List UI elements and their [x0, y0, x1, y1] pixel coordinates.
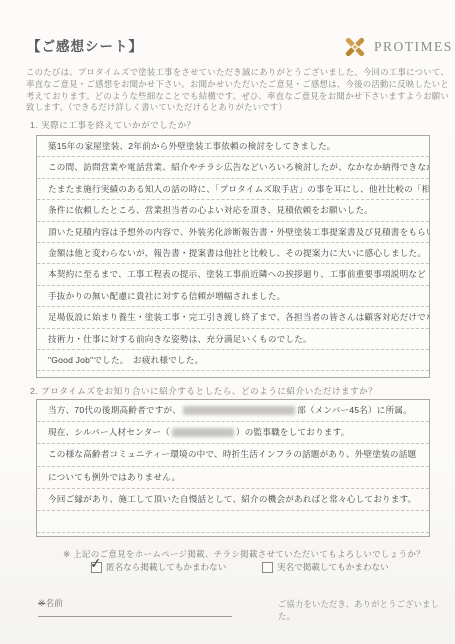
answer-line: 金額は他と変わらないが、報告書・提案書は他社と比較し、その提案力に大いに感心しま… — [37, 243, 429, 264]
answer-line: 手抜かりの無い配慮に貴社に対する信頼が増幅されました。 — [37, 286, 429, 307]
question-2-label: 2. プロタイムズをお知り合いに紹介するとしたら、どのように紹介いただけますか？ — [30, 385, 377, 397]
realname-checkbox[interactable] — [262, 562, 273, 573]
thanks-message: ご協力をいただき、ありがとうございました。 — [278, 598, 452, 622]
answer-line: 頂いた見積内容は予想外の内容で、外装劣化診断報告書・外壁塗装工事提案書及び見積書… — [37, 222, 429, 243]
check-mark-icon: ✓ — [89, 554, 102, 572]
name-field-group: ※名前 — [38, 593, 232, 617]
realname-label: 実名で掲載してもかまわない — [277, 561, 389, 573]
answer-line: 築15年の家屋塗装、2年前から外壁塗装工事依頼の検討をしてきました。 — [37, 136, 429, 157]
name-write-line[interactable] — [38, 615, 232, 617]
answer-text: 当方、70代の後期高齢者ですが、 — [48, 405, 181, 415]
answer-line: 当方、70代の後期高齢者ですが、部（メンバー45名）に所属。 — [37, 400, 429, 422]
question-2-answer-box: 当方、70代の後期高齢者ですが、部（メンバー45名）に所属。 現在、シルバー人材… — [36, 399, 430, 537]
redacted-text-blur — [183, 406, 295, 415]
intro-paragraph: このたびは、プロタイムズで塗装工事をさせていただき誠にありがとうございました。今… — [26, 67, 449, 114]
feedback-sheet-scan: 【ご感想シート】 PROTIMES このたびは、プロタイムズで塗装工事をさせてい… — [0, 0, 455, 644]
answer-text: 現在、シルバー人材センター（ — [48, 427, 170, 437]
answer-line: についても例外ではありません。 — [37, 467, 429, 489]
page-title: 【ご感想シート】 — [27, 35, 143, 55]
answer-line: 条件に依頼したところ、営業担当者の心よい対応を頂き、見積依頼をお願いした。 — [37, 200, 429, 221]
answer-line: 現在、シルバー人材センター（）の監事職をしております。 — [37, 422, 429, 444]
anonymous-label: 匿名なら掲載してもかまわない — [106, 561, 226, 573]
answer-line: 本契約に至るまで、工事工程表の提示、塗装工事前近隣への挨拶廻り、工事前重要事項説… — [37, 264, 429, 285]
anonymous-checkbox[interactable]: ✓ — [91, 562, 102, 573]
answer-text: 部（メンバー45名）に所属。 — [297, 405, 412, 415]
question-1-label: 1. 実際に工事を終えていかがでしたか？ — [30, 119, 196, 131]
redacted-text-blur — [172, 428, 234, 437]
answer-text: ）の監事職をしております。 — [236, 427, 350, 437]
option-realname[interactable]: 実名で掲載してもかまわない — [262, 561, 389, 573]
option-anonymous[interactable]: ✓ 匿名なら掲載してもかまわない — [91, 561, 226, 573]
answer-line: たまたま施行実績のある知人の話の時に、「プロタイムズ取手店」の事を耳にし、他社比… — [37, 179, 429, 200]
answer-line: 足場仮設に始まり養生・塗装工事・完工引き渡し終了まで、各担当者の皆さんは顧客対応… — [37, 307, 429, 328]
name-label-text: 名前 — [45, 598, 63, 608]
brand-name: PROTIMES — [374, 39, 453, 55]
name-label: ※名前 — [38, 598, 63, 608]
answer-line: この間、訪問営業や電話営業、紹介やチラシ広告などいろいろ検討したが、なかなか納得… — [37, 157, 429, 178]
answer-line-empty — [37, 511, 429, 533]
question-1-answer-box: 築15年の家屋塗装、2年前から外壁塗装工事依頼の検討をしてきました。 この間、訪… — [36, 135, 430, 378]
protimes-flower-icon — [341, 33, 369, 61]
answer-line: この様な高齢者コミュニティー環境の中で、時折生活インフラの話題があり、外壁塗装の… — [37, 444, 429, 466]
answer-line: "Good Job"でした。 お疲れ様でした。 — [37, 350, 429, 371]
brand-logo: PROTIMES — [341, 33, 453, 61]
answer-line: 技術力・仕事に対する前向きな姿勢は、充分満足いくものでした。 — [37, 329, 429, 350]
answer-line: 今回ご縁があり、施工して頂いた自慢話として、紹介の機会があればと常々心しておりま… — [37, 489, 429, 511]
